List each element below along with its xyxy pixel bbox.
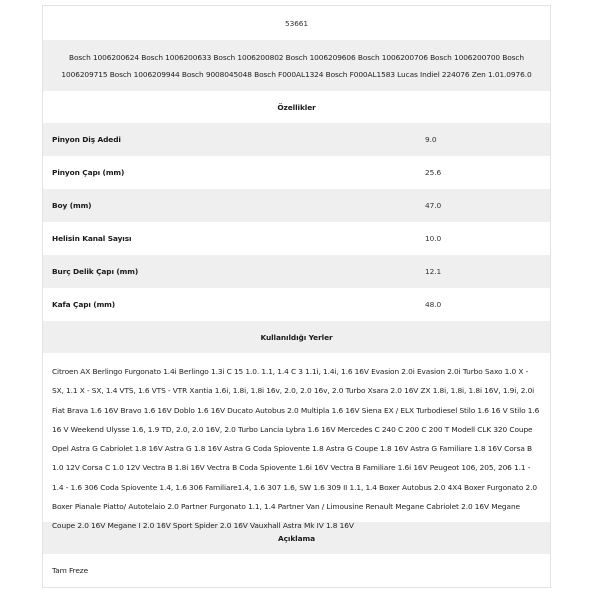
description-row: Tam Freze xyxy=(43,554,550,587)
feature-row: Boy (mm) 47.0 xyxy=(43,189,550,222)
feature-label: Burç Delik Çapı (mm) xyxy=(52,267,425,276)
feature-label: Kafa Çapı (mm) xyxy=(52,300,425,309)
usage-row: Citroen AX Berlingo Furgonato 1.4i Berli… xyxy=(43,353,550,522)
feature-value: 47.0 xyxy=(425,201,441,210)
feature-value: 12.1 xyxy=(425,267,441,276)
feature-row: Pinyon Çapı (mm) 25.6 xyxy=(43,156,550,189)
feature-row: Burç Delik Çapı (mm) 12.1 xyxy=(43,255,550,288)
cross-references-text: Bosch 1006200624 Bosch 1006200633 Bosch … xyxy=(53,49,540,83)
feature-value: 48.0 xyxy=(425,300,441,309)
feature-row: Helisin Kanal Sayısı 10.0 xyxy=(43,222,550,255)
feature-value: 10.0 xyxy=(425,234,441,243)
description-heading: Açıklama xyxy=(278,534,315,543)
product-code: 53661 xyxy=(285,19,308,28)
usage-heading-row: Kullanıldığı Yerler xyxy=(43,321,550,353)
feature-label: Helisin Kanal Sayısı xyxy=(52,234,425,243)
cross-references-row: Bosch 1006200624 Bosch 1006200633 Bosch … xyxy=(43,40,550,91)
usage-text: Citroen AX Berlingo Furgonato 1.4i Berli… xyxy=(52,367,539,530)
feature-label: Pinyon Çapı (mm) xyxy=(52,168,425,177)
product-spec-table: 53661 Bosch 1006200624 Bosch 1006200633 … xyxy=(42,5,551,588)
feature-value: 25.6 xyxy=(425,168,441,177)
feature-row: Kafa Çapı (mm) 48.0 xyxy=(43,288,550,321)
features-heading: Özellikler xyxy=(277,103,315,112)
feature-value: 9.0 xyxy=(425,135,436,144)
feature-label: Boy (mm) xyxy=(52,201,425,210)
feature-row: Pinyon Diş Adedi 9.0 xyxy=(43,123,550,156)
usage-heading: Kullanıldığı Yerler xyxy=(260,333,332,342)
features-heading-row: Özellikler xyxy=(43,91,550,123)
feature-label: Pinyon Diş Adedi xyxy=(52,135,425,144)
product-code-row: 53661 xyxy=(43,6,550,40)
description-text: Tam Freze xyxy=(52,566,88,575)
